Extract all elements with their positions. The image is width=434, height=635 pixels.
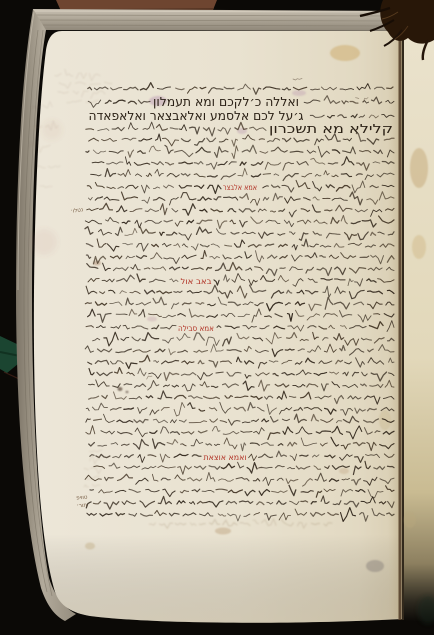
manuscript-photo: ואללה כ׳לקכם ומא תעמלון ג׳על לכם אלסמע ו…	[0, 0, 434, 635]
margin-note-lower-line2: תור׳	[76, 503, 87, 510]
stain	[339, 468, 349, 474]
quote-line-2: ואללה כ׳לקכם ומא תעמלון	[153, 94, 299, 109]
stain	[404, 512, 416, 528]
stain	[412, 235, 426, 259]
stain	[85, 543, 95, 550]
stain	[147, 317, 157, 322]
quote-line-4: קלילא מא תשכרון	[269, 121, 393, 136]
margin-note-lower-line1: טוויפ	[76, 494, 88, 501]
page-stack-top-edge	[33, 9, 409, 31]
stain	[366, 560, 384, 572]
stain	[330, 45, 360, 61]
stain	[126, 391, 129, 393]
rubric-1: אמא אלבצר	[223, 183, 257, 192]
rubric-2: באב אול	[181, 277, 212, 286]
gutter-shadow	[399, 33, 401, 620]
rubric-4: ואמא אוצאת	[204, 453, 247, 462]
stain	[215, 528, 231, 535]
rubric-3: אמא סבילה	[178, 324, 214, 333]
stain	[410, 148, 428, 188]
manuscript-photo-canvas: ואללה כ׳לקכם ומא תעמלון ג׳על לכם אלסמע ו…	[0, 0, 434, 635]
facing-page-edge	[404, 33, 434, 624]
